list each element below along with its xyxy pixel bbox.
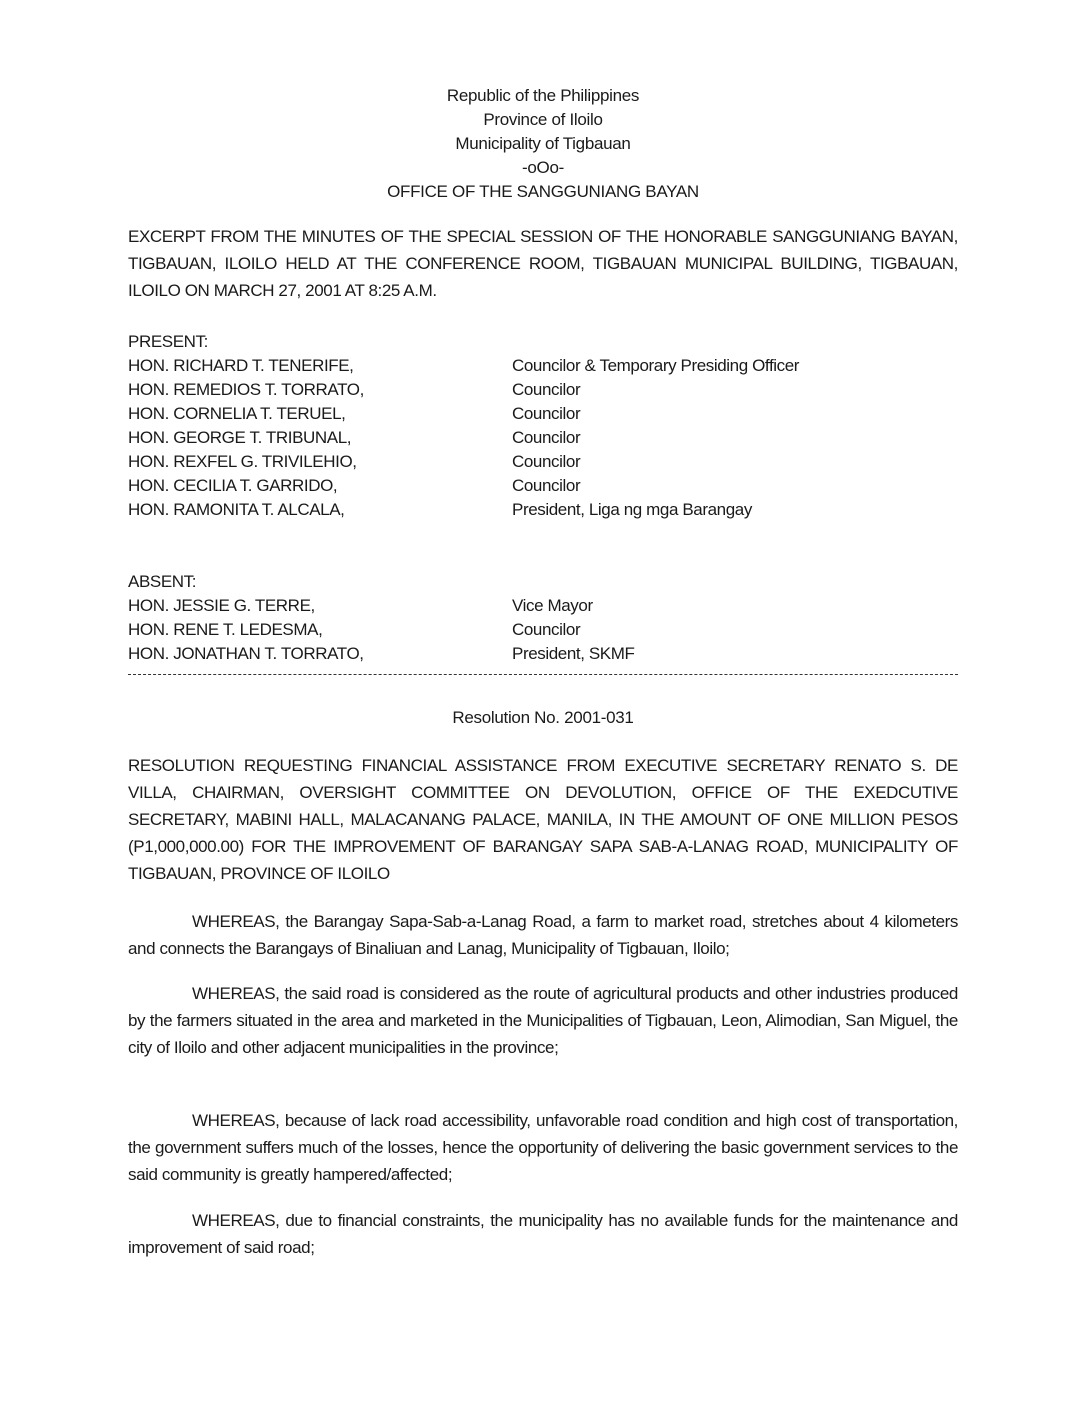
whereas-clause: WHEREAS, due to financial constraints, t… (128, 1207, 958, 1261)
whereas-clause: WHEREAS, because of lack road accessibil… (128, 1107, 958, 1188)
minutes-excerpt: EXCERPT FROM THE MINUTES OF THE SPECIAL … (128, 223, 958, 304)
attendee-row: HON. CORNELIA T. TERUEL,Councilor (128, 402, 958, 426)
absent-section: ABSENT: HON. JESSIE G. TERRE,Vice Mayor … (128, 570, 958, 666)
attendee-row: HON. RAMONITA T. ALCALA,President, Liga … (128, 498, 958, 522)
attendee-name: HON. CORNELIA T. TERUEL, (128, 402, 512, 426)
attendee-row: HON. RICHARD T. TENERIFE,Councilor & Tem… (128, 354, 958, 378)
attendee-row: HON. CECILIA T. GARRIDO,Councilor (128, 474, 958, 498)
absentee-role: Councilor (512, 618, 958, 642)
letterhead-country: Republic of the Philippines (128, 84, 958, 108)
attendee-role: Councilor (512, 474, 958, 498)
attendee-role: Councilor (512, 378, 958, 402)
whereas-clause: WHEREAS, the said road is considered as … (128, 980, 958, 1061)
attendee-row: HON. GEORGE T. TRIBUNAL,Councilor (128, 426, 958, 450)
attendee-name: HON. REXFEL G. TRIVILEHIO, (128, 450, 512, 474)
present-section: PRESENT: HON. RICHARD T. TENERIFE,Counci… (128, 330, 958, 522)
attendee-name: HON. REMEDIOS T. TORRATO, (128, 378, 512, 402)
attendee-name: HON. RICHARD T. TENERIFE, (128, 354, 512, 378)
absentee-name: HON. JONATHAN T. TORRATO, (128, 642, 512, 666)
letterhead: Republic of the Philippines Province of … (128, 84, 958, 204)
absentee-role: President, SKMF (512, 642, 958, 666)
absentee-row: HON. JONATHAN T. TORRATO,President, SKMF (128, 642, 958, 666)
absentee-name: HON. JESSIE G. TERRE, (128, 594, 512, 618)
present-label: PRESENT: (128, 330, 958, 354)
letterhead-separator: -oOo- (128, 156, 958, 180)
document-page: Republic of the Philippines Province of … (128, 84, 958, 304)
attendee-role: Councilor (512, 426, 958, 450)
absent-label: ABSENT: (128, 570, 958, 594)
letterhead-province: Province of Iloilo (128, 108, 958, 132)
attendee-role: Councilor (512, 402, 958, 426)
letterhead-municipality: Municipality of Tigbauan (128, 132, 958, 156)
dashed-divider (128, 674, 958, 676)
attendee-row: HON. REXFEL G. TRIVILEHIO,Councilor (128, 450, 958, 474)
attendee-name: HON. CECILIA T. GARRIDO, (128, 474, 512, 498)
absentee-role: Vice Mayor (512, 594, 958, 618)
attendee-row: HON. REMEDIOS T. TORRATO,Councilor (128, 378, 958, 402)
absentee-name: HON. RENE T. LEDESMA, (128, 618, 512, 642)
attendee-role: President, Liga ng mga Barangay (512, 498, 958, 522)
attendee-name: HON. GEORGE T. TRIBUNAL, (128, 426, 512, 450)
letterhead-office: OFFICE OF THE SANGGUNIANG BAYAN (128, 180, 958, 204)
absentee-row: HON. RENE T. LEDESMA,Councilor (128, 618, 958, 642)
whereas-clause: WHEREAS, the Barangay Sapa-Sab-a-Lanag R… (128, 908, 958, 962)
absentee-row: HON. JESSIE G. TERRE,Vice Mayor (128, 594, 958, 618)
attendee-role: Councilor & Temporary Presiding Officer (512, 354, 958, 378)
attendee-name: HON. RAMONITA T. ALCALA, (128, 498, 512, 522)
resolution-title: RESOLUTION REQUESTING FINANCIAL ASSISTAN… (128, 752, 958, 887)
resolution-number: Resolution No. 2001-031 (128, 706, 958, 730)
attendee-role: Councilor (512, 450, 958, 474)
